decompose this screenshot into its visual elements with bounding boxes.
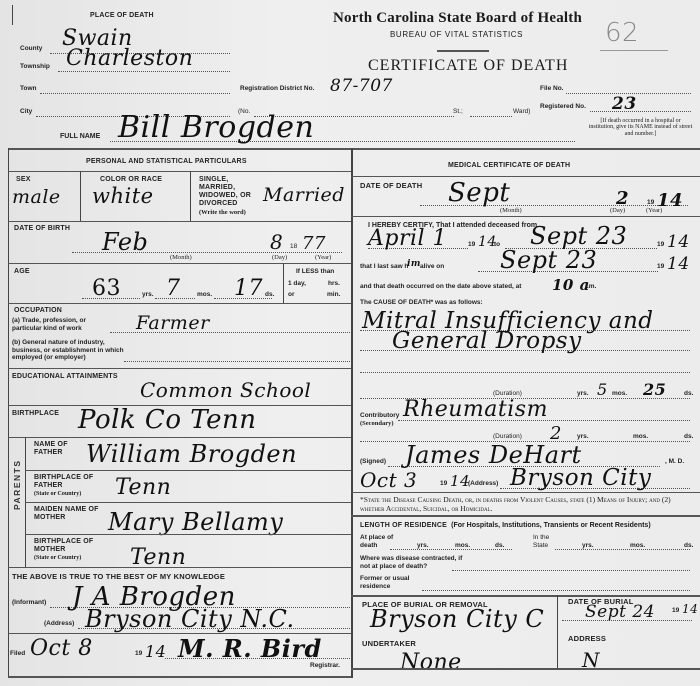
- rule: [8, 221, 351, 222]
- father-birthplace-label: BIRTHPLACE OF FATHER: [34, 474, 104, 490]
- attended-from-year-prefix: 19: [468, 241, 475, 248]
- cause-mos-label: mos.: [612, 390, 627, 397]
- min-label: min.: [327, 291, 340, 298]
- full-name-value: Bill Brogden: [118, 110, 314, 145]
- age-days: 17: [234, 276, 263, 301]
- cause-yrs-label: yrs.: [577, 390, 589, 397]
- full-name-label: FULL NAME: [60, 133, 100, 140]
- age-months: 7: [166, 276, 181, 301]
- in-state-mos: mos.: [630, 542, 645, 549]
- dob-label: DATE OF BIRTH: [14, 225, 70, 232]
- corner-number: 62: [605, 18, 639, 48]
- medical-heading: MEDICAL CERTIFICATE OF DEATH: [448, 162, 570, 169]
- dob-month-label: (Month): [170, 254, 192, 261]
- rule: [8, 368, 351, 369]
- ward-label: Ward): [513, 108, 530, 115]
- birthplace-value: Polk Co Tenn: [78, 405, 256, 435]
- registered-no-value: 23: [612, 94, 637, 114]
- dod-month: Sept: [448, 178, 510, 208]
- filed-year: 14: [145, 642, 166, 661]
- sex-label: SEX: [16, 176, 31, 183]
- rule: [80, 171, 81, 221]
- rule: [8, 303, 351, 304]
- cause-footnote: *State the Disease Causing Death, or, in…: [360, 495, 694, 513]
- race-label: COLOR OR RACE: [100, 176, 162, 183]
- contributory-duration-label: (Duration): [493, 433, 522, 440]
- contributory-value: Rheumatism: [403, 397, 548, 422]
- undertaker-value: None: [400, 650, 462, 675]
- filed-label: Filed: [10, 650, 25, 657]
- signed-year-prefix: 19: [440, 480, 447, 487]
- dod-day: 2: [616, 188, 629, 209]
- physician-address: Bryson City: [510, 465, 651, 491]
- burial-year: 14: [682, 602, 698, 616]
- residence-heading-note: (For Hospitals, Institutions, Transients…: [451, 522, 651, 529]
- left-border: [8, 148, 9, 678]
- sex-value: male: [12, 186, 61, 208]
- personal-heading: PERSONAL AND STATISTICAL PARTICULARS: [86, 158, 247, 165]
- mother-birthplace-label: BIRTHPLACE OF MOTHER: [34, 538, 104, 554]
- attended-from: April 1: [368, 226, 447, 251]
- filed-date: Oct 8: [30, 636, 93, 661]
- dob-year: 77: [302, 233, 326, 254]
- cause-ds-label: ds.: [684, 390, 693, 397]
- in-state-ds: ds.: [684, 542, 693, 549]
- secondary-label: (Secondary): [360, 420, 394, 427]
- file-no-label: File No.: [540, 85, 563, 92]
- death-certificate: PLACE OF DEATH North Carolina State Boar…: [0, 0, 700, 686]
- town-label: Town: [20, 85, 37, 92]
- informant-heading: THE ABOVE IS TRUE TO THE BEST OF MY KNOW…: [12, 572, 225, 581]
- last-saw-year: 14: [667, 254, 690, 274]
- in-state-yrs: yrs.: [582, 542, 594, 549]
- occupation-b-line: [124, 361, 350, 362]
- in-state-label: In the State: [533, 534, 559, 550]
- registrar-signature: M. R. Bird: [178, 634, 322, 663]
- mother-name-value: Mary Bellamy: [108, 508, 283, 536]
- undertaker-label: UNDERTAKER: [362, 639, 416, 648]
- age-ds-label: ds.: [265, 291, 274, 298]
- rule: [283, 263, 284, 303]
- age-label: AGE: [14, 268, 30, 275]
- residence-heading-row: LENGTH OF RESIDENCE (For Hospitals, Inst…: [360, 520, 651, 529]
- contrib-ds-label: ds.: [684, 433, 693, 440]
- dob-month: Feb: [102, 228, 148, 256]
- signed-date: Oct 3: [360, 468, 417, 492]
- hrs-label: hrs.: [328, 280, 340, 287]
- signed-label: (Signed): [360, 458, 386, 465]
- township-value: Charleston: [66, 46, 193, 71]
- at-place-line: [390, 549, 512, 550]
- less-than-label: If LESS than: [296, 268, 334, 275]
- ward-line: [470, 116, 512, 117]
- burial-date-value: Sept 24: [585, 602, 655, 622]
- dod-day-label: (Day): [610, 207, 625, 214]
- last-saw-date: Sept 23: [500, 246, 597, 274]
- burial-year-prefix: 19: [672, 607, 679, 614]
- alive-on-text: alive on: [420, 263, 444, 270]
- occupation-a-label: (a) Trade, profession, or particular kin…: [12, 317, 112, 332]
- filed-year-prefix: 19: [135, 650, 142, 657]
- birthplace-label: BIRTHPLACE: [12, 410, 59, 417]
- registered-no-line: [590, 111, 691, 112]
- rule: [25, 534, 351, 535]
- occupation-a-value: Farmer: [136, 312, 210, 334]
- rule: [8, 567, 351, 568]
- rule: [351, 595, 700, 597]
- age-mos-label: mos.: [197, 291, 212, 298]
- certificate-title: CERTIFICATE OF DEATH: [368, 57, 568, 75]
- or-label: or: [288, 291, 295, 298]
- margin-line: [12, 5, 13, 25]
- residence-heading: LENGTH OF RESIDENCE: [360, 522, 447, 529]
- former-residence-label: Former or usual residence: [360, 575, 440, 591]
- last-saw-year-prefix: 19: [657, 263, 664, 270]
- death-time: 10 a: [552, 276, 590, 294]
- former-residence-line: [422, 590, 690, 591]
- death-time-suffix: .m.: [587, 283, 596, 290]
- rule: [351, 668, 700, 670]
- dod-year-prefix: 19: [647, 199, 654, 206]
- dod-label: DATE OF DEATH: [360, 181, 422, 190]
- township-label: Township: [20, 63, 50, 70]
- in-state-line: [555, 549, 690, 550]
- dod-year-label: (Year): [646, 207, 662, 214]
- father-birthplace-note: (State or Country): [34, 491, 81, 497]
- rule: [190, 171, 191, 221]
- last-saw-pronoun: im: [407, 259, 421, 269]
- cause-duration-days: 25: [643, 380, 666, 399]
- attended-to-year: 14: [667, 232, 690, 252]
- mother-birthplace-note: (State or Country): [34, 555, 81, 561]
- rule: [351, 176, 700, 177]
- age-years: 63: [92, 276, 121, 301]
- rule: [8, 676, 351, 678]
- dod-month-label: (Month): [500, 207, 522, 214]
- at-place-ds: ds.: [495, 542, 504, 549]
- hospital-note: [If death occurred in a hospital or inst…: [588, 118, 693, 137]
- county-label: County: [20, 45, 42, 52]
- registration-district-value: 87-707: [330, 76, 393, 96]
- registered-no-label: Registered No.: [540, 103, 586, 110]
- rule: [8, 171, 351, 172]
- cause-line2: General Dropsy: [392, 328, 582, 354]
- marital-value: Married: [263, 184, 345, 206]
- center-divider: [351, 148, 353, 678]
- at-place-mos: mos.: [455, 542, 470, 549]
- father-name-label: NAME OF FATHER: [34, 441, 82, 457]
- burial-place-value: Bryson City C: [370, 605, 544, 633]
- cause-duration-months: 5: [597, 380, 608, 399]
- father-name-value: William Brogden: [86, 440, 297, 468]
- place-of-death-heading: PLACE OF DEATH: [90, 12, 154, 19]
- registration-district-label: Registration District No.: [240, 85, 314, 92]
- age-yrs-label: yrs.: [142, 291, 154, 298]
- st-label: St.;: [453, 108, 463, 115]
- rule: [8, 263, 351, 264]
- informant-address-label: (Address): [44, 620, 74, 627]
- rule: [557, 595, 558, 668]
- marital-label: SINGLE, MARRIED, WIDOWED, or DIVORCED: [199, 176, 261, 208]
- dob-year-prefix: 18: [290, 243, 297, 250]
- rule: [351, 216, 700, 217]
- at-place-label: At place of death: [360, 534, 396, 550]
- corner-underline: [600, 50, 668, 51]
- board-title: North Carolina State Board of Health: [333, 10, 582, 27]
- last-saw-text: that I last saw h: [360, 263, 408, 270]
- marital-note: (Write the word): [199, 209, 246, 216]
- contrib-yrs-label: yrs.: [577, 433, 589, 440]
- occupation-label: OCCUPATION: [14, 307, 62, 314]
- informant-address-value: Bryson City N.C.: [85, 605, 295, 633]
- registrar-label: Registrar.: [310, 662, 340, 669]
- occupation-b-label: (b) General nature of industry, business…: [12, 339, 130, 362]
- cause-duration-label: (Duration): [493, 390, 522, 397]
- education-label: EDUCATIONAL ATTAINMENTS: [12, 373, 118, 380]
- attended-to-year-prefix: 19: [657, 241, 664, 248]
- contrib-mos-label: mos.: [633, 433, 648, 440]
- dob-day-label: (Day): [272, 254, 287, 261]
- rule: [351, 492, 700, 493]
- contracted-line: [452, 570, 690, 571]
- at-place-yrs: yrs.: [417, 542, 429, 549]
- title-rule: [437, 50, 489, 52]
- burial-address-label: ADDRESS: [568, 634, 606, 643]
- dob-year-label: (Year): [315, 254, 331, 261]
- education-value: Common School: [140, 378, 311, 402]
- contributory-label: Contributory: [360, 412, 399, 419]
- township-line: [58, 71, 230, 72]
- town-line: [40, 93, 230, 94]
- city-label: City: [20, 108, 32, 115]
- rule: [25, 470, 351, 471]
- header-rule: [8, 148, 700, 150]
- dob-day: 8: [270, 230, 283, 254]
- physician-address-label: (Address): [468, 480, 498, 487]
- informant-label: (Informant): [12, 599, 46, 606]
- rule: [25, 502, 351, 503]
- bureau-title: BUREAU OF VITAL STATISTICS: [390, 30, 523, 39]
- cause-heading: The CAUSE OF DEATH* was as follows:: [360, 299, 483, 306]
- rule: [351, 515, 700, 517]
- contracted-label: Where was disease contracted, if not at …: [360, 555, 470, 571]
- occurred-text: and that death occurred on the date abov…: [360, 283, 521, 290]
- rule: [8, 437, 351, 438]
- one-day-label: 1 day,: [288, 280, 306, 287]
- mother-name-label: MAIDEN NAME OF MOTHER: [34, 506, 104, 522]
- cause-line-3: [360, 372, 690, 373]
- race-value: white: [92, 184, 154, 208]
- parents-side-label: PARENTS: [12, 480, 22, 510]
- father-birthplace-value: Tenn: [115, 475, 171, 500]
- md-label: , M. D.: [665, 458, 684, 465]
